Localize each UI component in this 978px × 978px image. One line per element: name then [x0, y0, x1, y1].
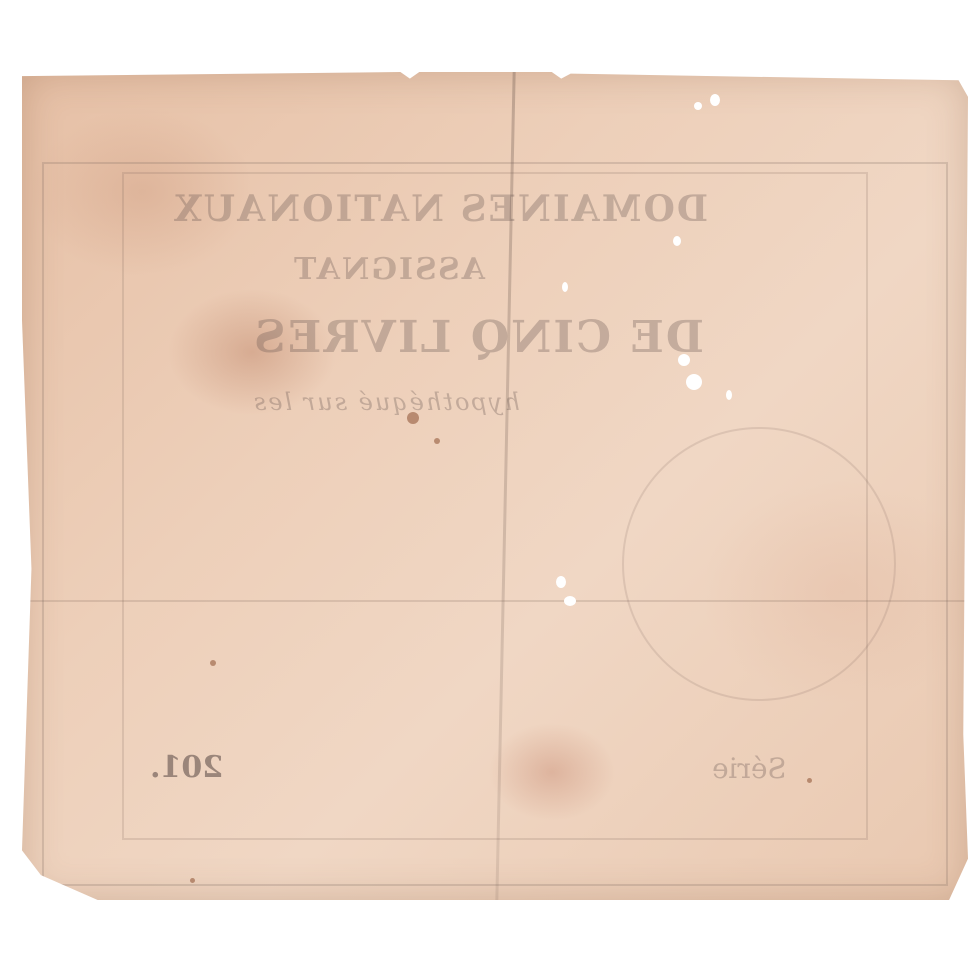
show-through-seal: [622, 427, 896, 701]
show-through-series-label: Série: [712, 752, 787, 785]
banknote-paper: DOMAINES NATIONAUX ASSIGNAT DE CINQ LIVR…: [22, 72, 968, 900]
show-through-header-line2: ASSIGNAT: [292, 252, 485, 287]
paper-hole: [678, 354, 690, 366]
show-through-serial-number: 201.: [150, 750, 223, 785]
paper-hole: [694, 102, 702, 110]
paper-hole: [562, 282, 568, 292]
paper-hole: [726, 390, 732, 400]
show-through-header-line1: DOMAINES NATIONAUX: [172, 188, 708, 230]
paper-hole: [564, 596, 576, 606]
ink-stain: [190, 878, 195, 883]
paper-hole: [686, 374, 702, 390]
show-through-header-line4: hypothéqué sur les: [252, 388, 520, 416]
ink-stain: [407, 412, 419, 424]
paper-hole: [673, 236, 681, 246]
show-through-header-line3: DE CINQ LIVRES: [252, 312, 704, 363]
paper-hole: [556, 576, 566, 588]
ink-stain: [807, 778, 812, 783]
ink-stain: [210, 660, 216, 666]
ink-stain: [434, 438, 440, 444]
paper-hole: [710, 94, 720, 106]
